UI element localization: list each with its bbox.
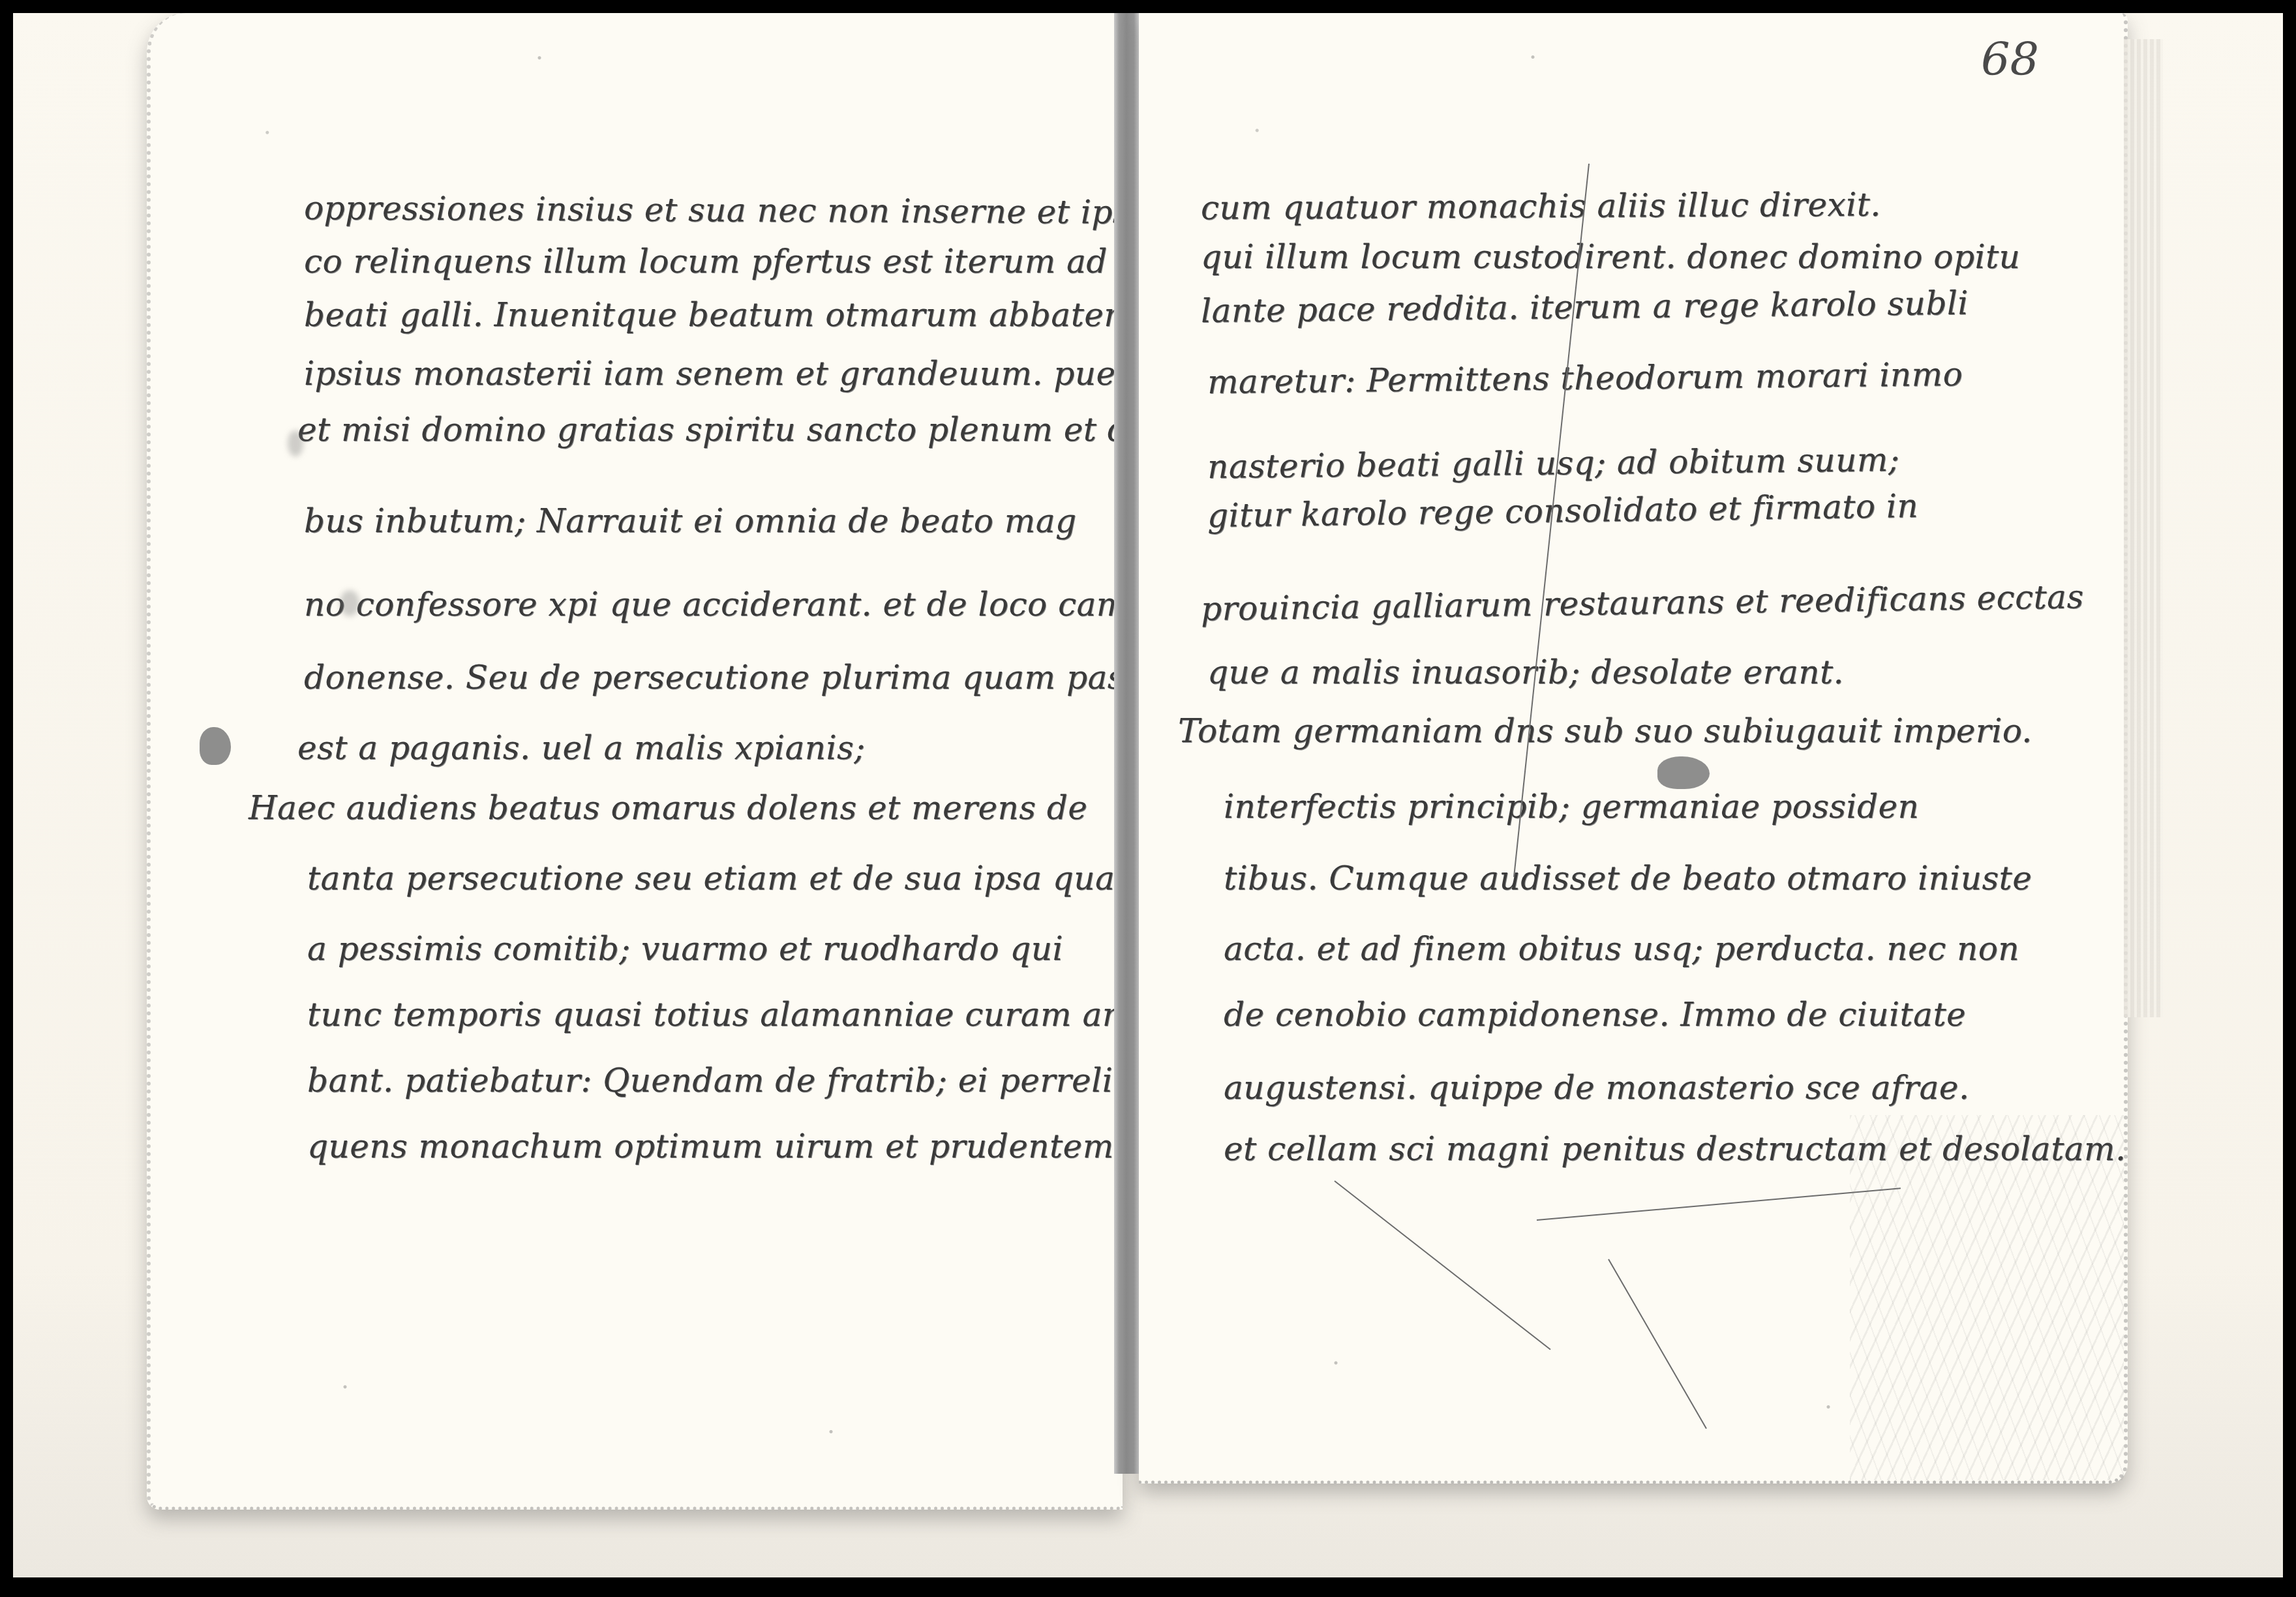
- text-line: ipsius monasterii iam senem et grandeuum…: [304, 355, 1218, 393]
- text-line: cum quatuor monachis aliis illuc direxit…: [1201, 186, 1881, 227]
- text-line: interfectis principib; germaniae posside…: [1224, 788, 1919, 826]
- smudge: [340, 590, 359, 616]
- page-edge-stack: [2124, 39, 2163, 1017]
- text-line: quens monachum optimum uirum et prudente…: [307, 1127, 1114, 1165]
- text-line-initial-H: Haec audiens beatus omarus dolens et mer…: [249, 789, 1087, 827]
- text-line: acta. et ad finem obitus usq; perducta. …: [1224, 930, 2019, 968]
- text-line: donense. Seu de persecutione plurima qua…: [304, 659, 1180, 696]
- manuscript-scan: oppressiones insius et sua nec non inser…: [13, 13, 2283, 1577]
- crack-line: [1334, 1180, 1550, 1350]
- text-line: nasterio beati galli usq; ad obitum suum…: [1207, 441, 1900, 486]
- smudge: [288, 430, 303, 456]
- text-line: augustensi. quippe de monasterio sce afr…: [1224, 1069, 1969, 1107]
- text-line: tibus. Cumque audisset de beato otmaro i…: [1224, 859, 2032, 897]
- right-page: 68 cum quatuor monachis aliis illuc dire…: [1139, 13, 2128, 1484]
- text-line: lante pace reddita. iterum a rege karolo…: [1201, 284, 1969, 330]
- left-page: oppressiones insius et sua nec non inser…: [147, 13, 1123, 1510]
- text-line: bant. patiebatur: Quendam de fratrib; ei…: [307, 1062, 1134, 1099]
- text-line: beati galli. Inuenitque beatum otmarum a…: [304, 296, 1135, 334]
- damaged-corner: [1850, 1115, 2124, 1480]
- text-line: oppressiones insius et sua nec non inser…: [304, 189, 1252, 232]
- crack-line: [1537, 1187, 1901, 1221]
- text-line: prouincia galliarum restaurans et reedif…: [1201, 578, 2084, 628]
- ink-blot: [1657, 756, 1710, 789]
- text-line: a pessimis comitib; vuarmo et ruodhardo …: [307, 930, 1063, 968]
- text-line: que a malis inuasorib; desolate erant.: [1207, 653, 1844, 691]
- text-line: no confessore xpi que acciderant. et de …: [304, 586, 1160, 623]
- ink-blot: [200, 727, 231, 765]
- text-line: qui illum locum custodirent. donec domin…: [1201, 238, 2020, 276]
- text-line: tanta persecutione seu etiam et de sua i…: [307, 859, 1218, 897]
- book-gutter: [1114, 13, 1139, 1474]
- text-line: est a paganis. uel a malis xpianis;: [297, 729, 866, 767]
- text-line: de cenobio campidonense. Immo de ciuitat…: [1224, 996, 1966, 1034]
- text-line: bus inbutum; Narrauit ei omnia de beato …: [304, 502, 1077, 540]
- folio-number: 68: [1981, 33, 2039, 86]
- crack-line: [1608, 1259, 1707, 1429]
- text-line: gitur karolo rege consolidato et firmato…: [1207, 487, 1919, 535]
- text-line: maretur: Permittens theodorum morari inm…: [1207, 355, 1963, 401]
- text-line-initial-T: Totam germaniam dns sub suo subiugauit i…: [1178, 712, 2032, 750]
